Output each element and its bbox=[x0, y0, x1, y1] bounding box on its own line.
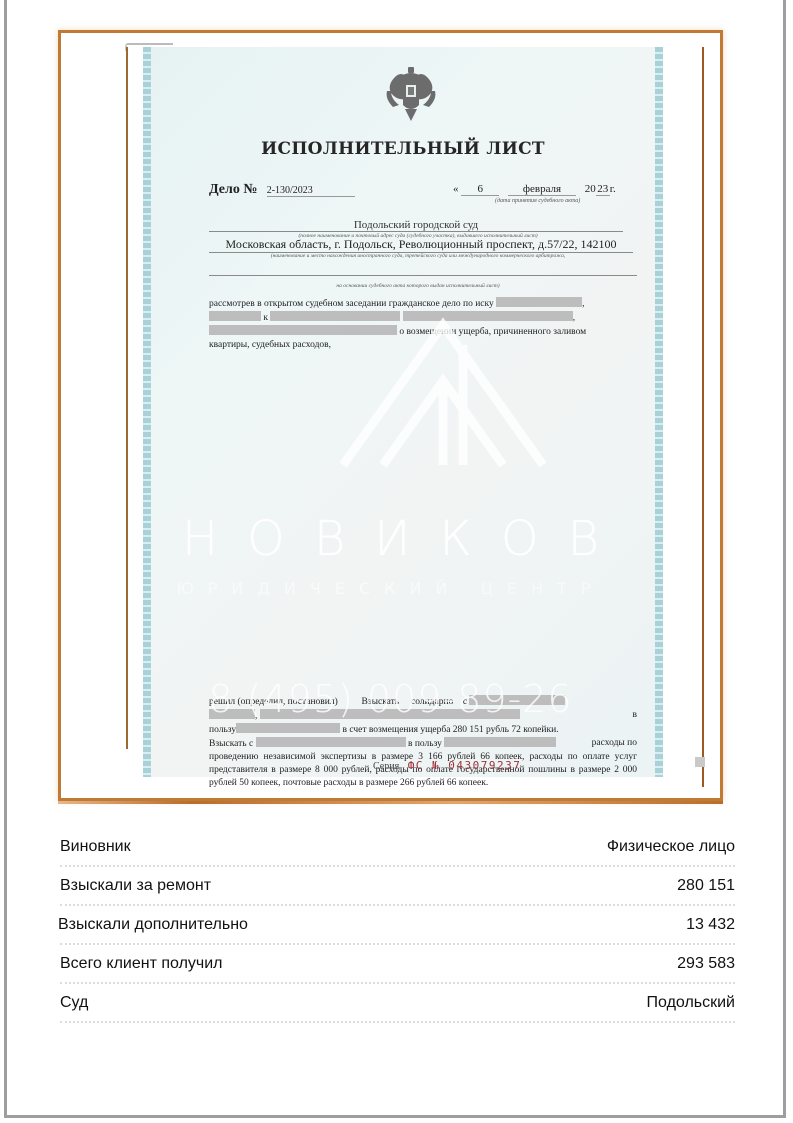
date-month: февраля bbox=[508, 183, 576, 196]
watermark-logo-icon bbox=[333, 315, 573, 485]
coat-of-arms-icon bbox=[383, 65, 439, 125]
considered-text: квартиры, судебных расходов, bbox=[209, 340, 331, 350]
date-year-prefix: 20 bbox=[585, 183, 596, 195]
serial-number: ФС № 043079237 bbox=[408, 759, 522, 772]
case-number: 2-130/2023 bbox=[267, 185, 355, 197]
paper-edge bbox=[126, 47, 128, 749]
date-year-suffix: 23 bbox=[596, 183, 610, 196]
summary-value: 293 583 bbox=[677, 955, 735, 973]
summary-label: Виновник bbox=[60, 838, 131, 856]
watermark-phone: 8 (495) 009-89-26 bbox=[119, 677, 662, 721]
considered-text: рассмотрев в открытом судебном заседании… bbox=[209, 299, 494, 309]
decision-text: Взыскать с bbox=[209, 739, 253, 749]
document-photo: ИСПОЛНИТЕЛЬНЫЙ ЛИСТ Дело № 2-130/2023 « … bbox=[58, 30, 723, 801]
redacted-block bbox=[444, 737, 556, 747]
summary-row-repair: Взыскали за ремонт 280 151 bbox=[60, 867, 735, 906]
decision-text: в счет возмещения ущерба 280 151 рубль 7… bbox=[342, 725, 558, 735]
case-number-line: Дело № 2-130/2023 bbox=[209, 181, 355, 198]
date-hint: (дата принятия судебного акта) bbox=[495, 198, 580, 204]
serial-label: Серия bbox=[373, 761, 399, 772]
court-address-hint: (наименование и место нахождения иностра… bbox=[203, 253, 633, 259]
case-summary-table: Виновник Физическое лицо Взыскали за рем… bbox=[60, 828, 735, 1023]
court-name: Подольский городской суд bbox=[209, 219, 623, 232]
basis-hint: на основании судебного акта которого выд… bbox=[203, 283, 633, 289]
summary-value: 13 432 bbox=[686, 916, 735, 934]
blank-line bbox=[209, 275, 637, 276]
summary-label: Взыскали за ремонт bbox=[60, 877, 211, 895]
summary-row-additional: Взыскали дополнительно 13 432 bbox=[60, 906, 735, 945]
summary-value: Физическое лицо bbox=[607, 838, 735, 856]
date-year-mark: г. bbox=[610, 183, 616, 195]
considered-text: к bbox=[263, 313, 268, 323]
date-day: 6 bbox=[461, 183, 499, 196]
summary-row-culprit: Виновник Физическое лицо bbox=[60, 828, 735, 867]
redacted-block bbox=[496, 297, 582, 307]
corner-mark bbox=[695, 757, 705, 767]
paper-edge bbox=[702, 47, 704, 787]
summary-label: Взыскали дополнительно bbox=[58, 916, 248, 934]
redacted-block bbox=[209, 311, 261, 321]
date-quote: « bbox=[453, 183, 459, 195]
judgment-date: « 6 февраля 2023г. bbox=[453, 183, 616, 196]
decision-text: в пользу bbox=[408, 739, 442, 749]
summary-value: Подольский bbox=[647, 994, 735, 1012]
document-title: ИСПОЛНИТЕЛЬНЫЙ ЛИСТ bbox=[143, 139, 663, 159]
watermark-name: НОВИКОВ bbox=[119, 511, 662, 567]
summary-row-court: Суд Подольский bbox=[60, 984, 735, 1023]
watermark-subtitle: ЮРИДИЧЕСКИЙ ЦЕНТР bbox=[119, 579, 662, 598]
summary-row-total: Всего клиент получил 293 583 bbox=[60, 945, 735, 984]
summary-label: Всего клиент получил bbox=[60, 955, 223, 973]
writ-of-execution-sheet: ИСПОЛНИТЕЛЬНЫЙ ЛИСТ Дело № 2-130/2023 « … bbox=[143, 47, 663, 777]
redacted-block bbox=[256, 737, 406, 747]
decision-text: расходы по bbox=[592, 737, 637, 750]
redacted-block bbox=[236, 723, 340, 733]
decision-text: пользу bbox=[209, 725, 236, 735]
case-label: Дело № bbox=[209, 182, 257, 197]
summary-value: 280 151 bbox=[677, 877, 735, 895]
summary-label: Суд bbox=[60, 994, 88, 1012]
court-address: Московская область, г. Подольск, Революц… bbox=[209, 237, 633, 253]
serial-line: Серия ФС № 043079237 bbox=[373, 759, 521, 772]
